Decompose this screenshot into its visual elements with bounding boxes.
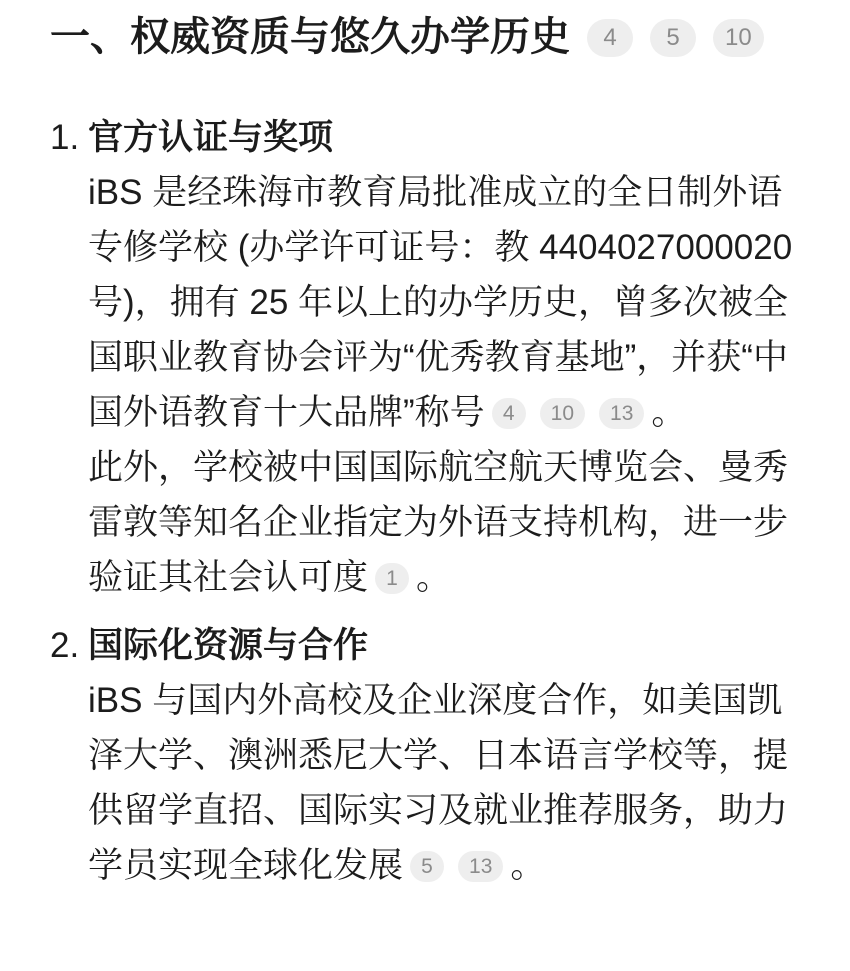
paragraph: iBS 与国内外高校及企业深度合作，如美国凯泽大学、澳洲悉尼大学、日本语言学校等…: [88, 673, 812, 893]
document: 一、权威资质与悠久办学历史 4 5 10 1. 官方认证与奖项 iBS 是经珠海…: [0, 0, 850, 917]
paragraph-text: iBS 是经珠海市教育局批准成立的全日制外语专修学校 (办学许可证号：教 440…: [88, 173, 792, 432]
list-item-number: 1.: [50, 110, 79, 165]
citation-badge[interactable]: 10: [713, 19, 764, 57]
citation-badge[interactable]: 13: [599, 398, 644, 429]
numbered-list: 1. 官方认证与奖项 iBS 是经珠海市教育局批准成立的全日制外语专修学校 (办…: [50, 110, 812, 893]
list-item-title: 国际化资源与合作: [88, 618, 812, 673]
citation-badge[interactable]: 4: [587, 19, 633, 57]
paragraph-suffix: 。: [416, 558, 451, 597]
citation-badge[interactable]: 1: [375, 563, 409, 594]
citation-badge[interactable]: 5: [410, 851, 444, 882]
list-item: 2. 国际化资源与合作 iBS 与国内外高校及企业深度合作，如美国凯泽大学、澳洲…: [50, 618, 812, 893]
citation-badge[interactable]: 13: [458, 851, 503, 882]
list-item: 1. 官方认证与奖项 iBS 是经珠海市教育局批准成立的全日制外语专修学校 (办…: [50, 110, 812, 605]
list-item-number: 2.: [50, 618, 79, 673]
citation-badge[interactable]: 5: [650, 19, 696, 57]
list-item-title: 官方认证与奖项: [88, 110, 812, 165]
paragraph: 此外，学校被中国国际航空航天博览会、曼秀雷敦等知名企业指定为外语支持机构，进一步…: [88, 440, 812, 605]
paragraph: iBS 是经珠海市教育局批准成立的全日制外语专修学校 (办学许可证号：教 440…: [88, 165, 812, 440]
paragraph-suffix: 。: [510, 846, 545, 885]
section-heading: 一、权威资质与悠久办学历史 4 5 10: [50, 10, 812, 64]
citation-badge[interactable]: 4: [492, 398, 526, 429]
section-heading-text: 一、权威资质与悠久办学历史: [50, 10, 570, 64]
citation-badge[interactable]: 10: [540, 398, 585, 429]
paragraph-suffix: 。: [651, 393, 686, 432]
